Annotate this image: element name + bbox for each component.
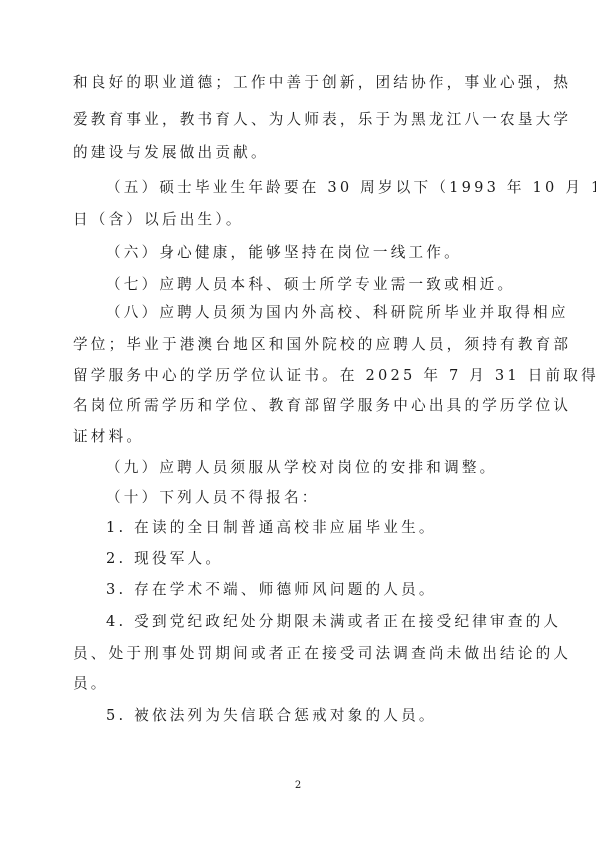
item-nine: （九）应聘人员须服从学校对岗位的安排和调整。 (106, 458, 497, 478)
item-eight: （八）应聘人员须为国内外高校、科研院所毕业并取得相应 (106, 303, 569, 323)
text-line: 日（含）以后出生）。 (73, 210, 244, 230)
document-page: 和良好的职业道德；工作中善于创新，团结协作，事业心强，热 爱教育事业，教书育人、… (0, 0, 596, 842)
item-ten: （十）下列人员不得报名： (106, 488, 320, 508)
text-line: 证材料。 (73, 427, 144, 447)
text-line: 学位；毕业于港澳台地区和国外院校的应聘人员，须持有教育部 (73, 335, 571, 355)
text-line: 员、处于刑事处罚期间或者正在接受司法调查尚未做出结论的人 (73, 644, 571, 664)
item-five: （五）硕士毕业生年龄要在 30 周岁以下（1993 年 10 月 10 (106, 178, 596, 198)
item-seven: （七）应聘人员本科、硕士所学专业需一致或相近。 (106, 275, 515, 295)
text-line: 爱教育事业，教书育人、为人师表，乐于为黑龙江八一农垦大学 (73, 110, 571, 130)
sub-item-3: 3. 存在学术不端、师德师风问题的人员。 (106, 580, 437, 600)
item-six: （六）身心健康，能够坚持在岗位一线工作。 (106, 243, 462, 263)
text-line: 的建设与发展做出贡献。 (73, 143, 269, 163)
page-number: 2 (0, 780, 596, 791)
text-line: 名岗位所需学历和学位、教育部留学服务中心出具的学历学位认 (73, 396, 571, 416)
sub-item-1: 1. 在读的全日制普通高校非应届毕业生。 (106, 518, 437, 538)
text-line: 和良好的职业道德；工作中善于创新，团结协作，事业心强，热 (73, 73, 571, 93)
sub-item-4: 4. 受到党纪政纪处分期限未满或者正在接受纪律审查的人 (106, 612, 561, 632)
sub-item-5: 5. 被依法列为失信联合惩戒对象的人员。 (106, 706, 437, 726)
text-line: 员。 (73, 674, 109, 694)
text-line: 留学服务中心的学历学位认证书。在 2025 年 7 月 31 日前取得报 (73, 366, 596, 386)
sub-item-2: 2. 现役军人。 (106, 549, 223, 569)
